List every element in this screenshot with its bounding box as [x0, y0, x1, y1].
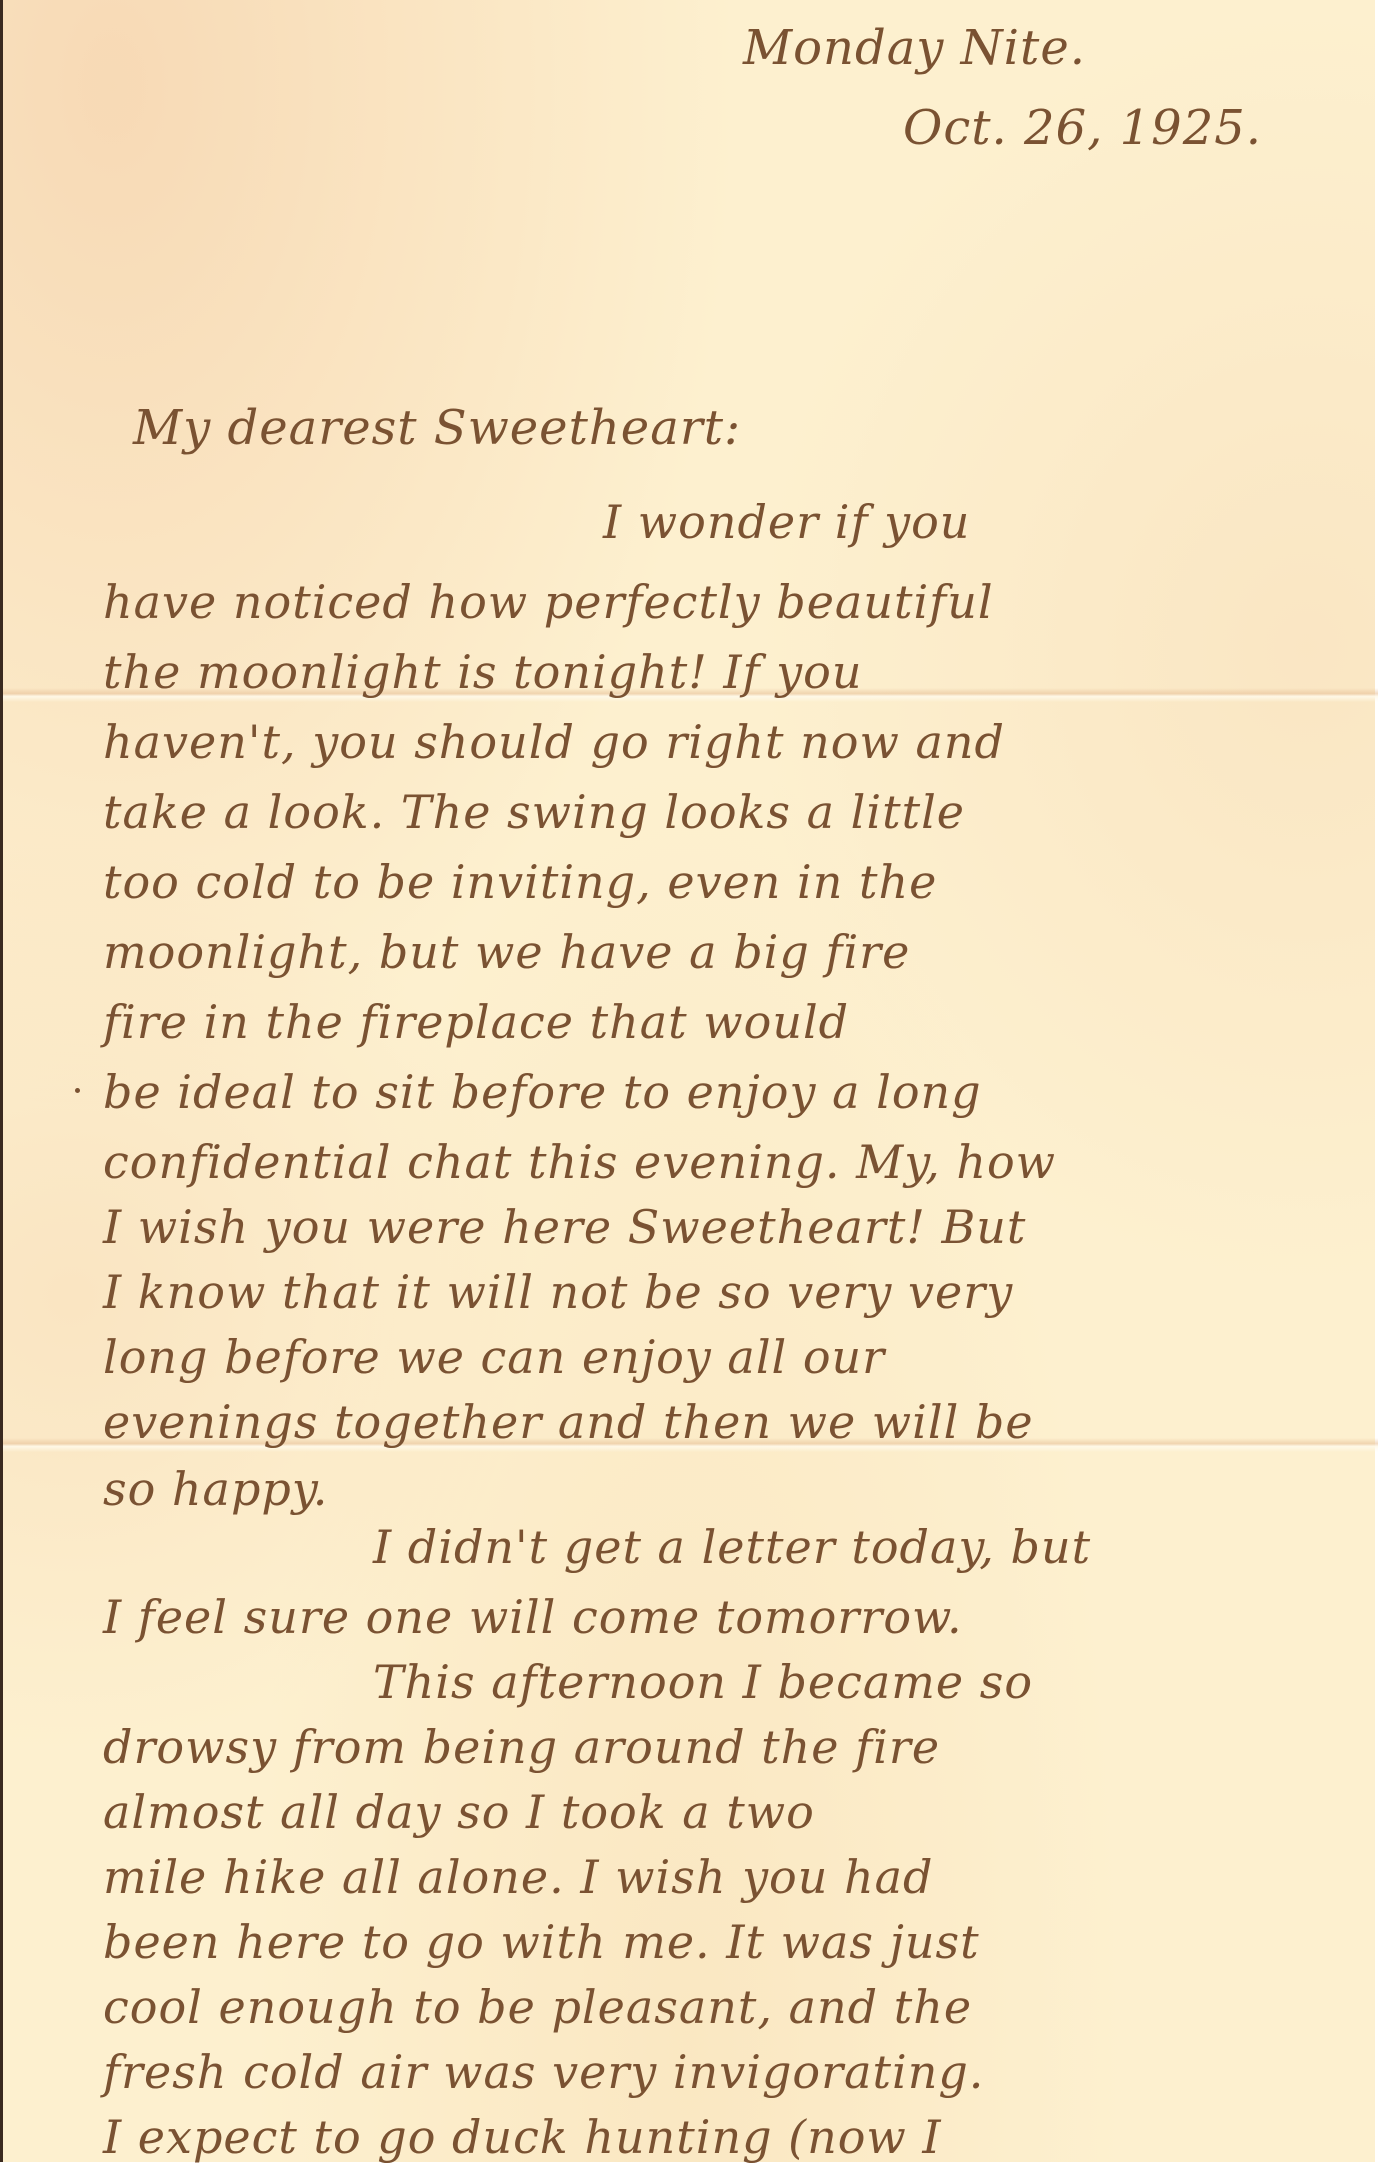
letter-line: I expect to go duck hunting (now I	[103, 2110, 942, 2164]
letter-day: Monday Nite.	[743, 20, 1086, 76]
letter-line: mile hike all alone. I wish you had	[103, 1850, 934, 1904]
letter-line: I wish you were here Sweetheart! But	[103, 1200, 1026, 1254]
letter-page: Monday Nite. Oct. 26, 1925. My dearest S…	[0, 0, 1375, 2162]
letter-line: cool enough to be pleasant, and the	[103, 1980, 972, 2034]
letter-line: long before we can enjoy all our	[103, 1330, 885, 1384]
letter-line: fresh cold air was very invigorating.	[103, 2045, 984, 2099]
letter-line: take a look. The swing looks a little	[103, 785, 965, 839]
letter-line: too cold to be inviting, even in the	[103, 855, 937, 909]
ink-dot	[75, 1088, 80, 1093]
letter-line: I didn't get a letter today, but	[373, 1520, 1091, 1574]
letter-line: evenings together and then we will be	[103, 1395, 1034, 1449]
letter-line: haven't, you should go right now and	[103, 715, 1005, 769]
letter-line: so happy.	[103, 1462, 328, 1516]
letter-line: moonlight, but we have a big fire	[103, 925, 910, 979]
letter-line: the moonlight is tonight! If you	[103, 645, 862, 699]
letter-line: been here to go with me. It was just	[103, 1915, 980, 1969]
letter-line: I feel sure one will come tomorrow.	[103, 1590, 963, 1644]
letter-line: confidential chat this evening. My, how	[103, 1135, 1056, 1189]
letter-line: This afternoon I became so	[373, 1655, 1033, 1709]
letter-line: I wonder if you	[603, 495, 970, 549]
letter-line: have noticed how perfectly beautiful	[103, 575, 994, 629]
letter-salutation: My dearest Sweetheart:	[133, 400, 741, 456]
letter-line: drowsy from being around the fire	[103, 1720, 940, 1774]
letter-line: I know that it will not be so very very	[103, 1265, 1013, 1319]
letter-line: almost all day so I took a two	[103, 1785, 815, 1839]
letter-date: Oct. 26, 1925.	[903, 100, 1262, 156]
letter-line: fire in the fireplace that would	[103, 995, 849, 1049]
letter-line: be ideal to sit before to enjoy a long	[103, 1065, 982, 1119]
